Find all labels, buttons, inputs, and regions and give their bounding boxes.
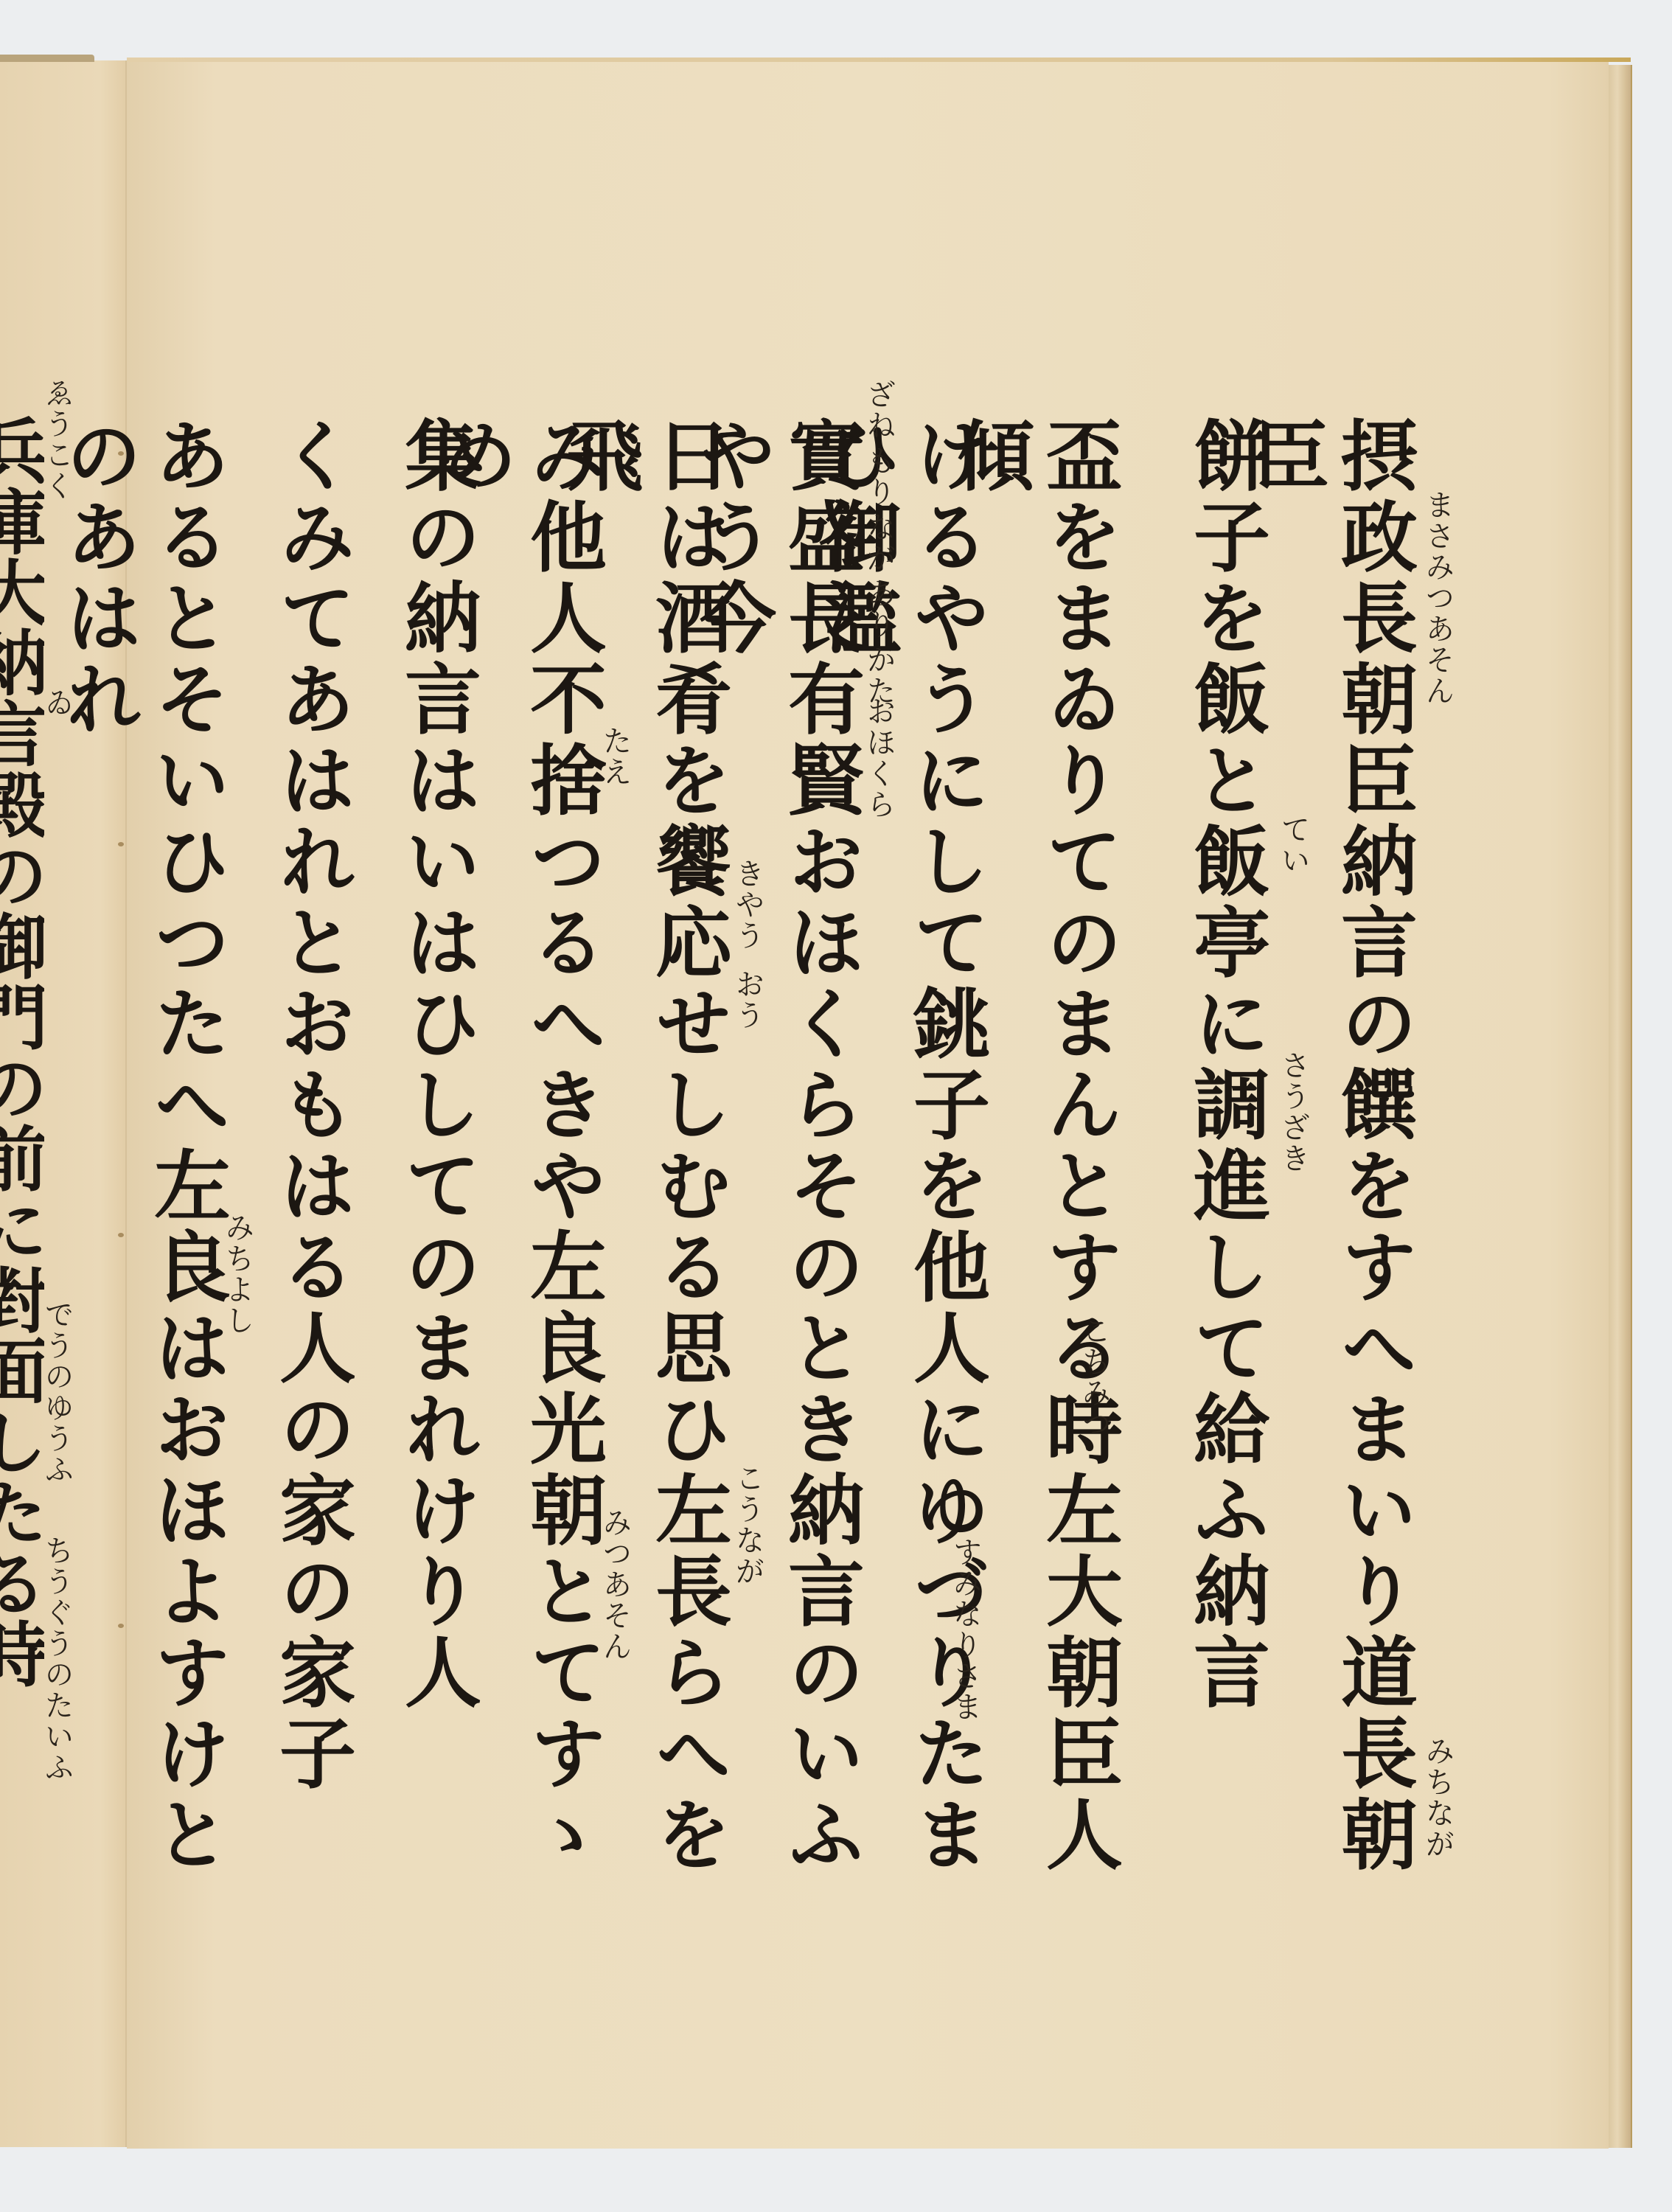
binding-stitch-hole [118, 842, 124, 846]
furigana: てい [1277, 814, 1309, 876]
text-column-7: み他人不捨つるへきや左良光朝とてすゝめ [518, 416, 606, 1927]
furigana: みちなが [1421, 1736, 1454, 1860]
open-book: 兵庫大納言殿の御門の前に對面したる時 ゑうこく ゐ でうのゆうふ ちうぐうのたい… [0, 58, 1633, 2159]
page-stack-edge [1609, 65, 1632, 2148]
text-column-6: 日は酒肴を饗応せしむる思ひ左長らへを飛 [643, 416, 731, 1927]
furigana: まさみつあそん [1421, 490, 1454, 785]
furigana: ざね [863, 379, 895, 441]
furigana: おう [731, 969, 764, 1031]
furigana: なが [863, 512, 895, 574]
furigana: こちみつ [1078, 1315, 1110, 1439]
left-page-column-text: 兵庫大納言殿の御門の前に對面したる時 [0, 414, 44, 1688]
furigana: もり [863, 445, 895, 507]
binding-stitch-hole [118, 1624, 124, 1628]
furigana: すみなりさま [949, 1537, 981, 1832]
furigana: たえ [599, 726, 631, 787]
text-column-3: 盃をまゐりてのまんとする時左大朝臣人傾 [1034, 416, 1122, 1927]
left-page-furigana: ちうぐうのたいふ [41, 1535, 73, 2051]
furigana: きやう [731, 858, 764, 951]
text-column-9: くみてあはれとおもはる人の家の家子 [267, 416, 355, 1927]
furigana: こうなが [731, 1463, 764, 1587]
furigana: みつあそん [599, 1507, 631, 1662]
left-page: 兵庫大納言殿の御門の前に對面したる時 ゑうこく ゐ でうのゆうふ ちうぐうのたい… [0, 60, 127, 2147]
furigana: おほくら [863, 696, 895, 820]
cover-edge [0, 55, 94, 62]
text-column-2: 餅子を飯と飯亭に調進して給ふ納言 [1181, 416, 1269, 1927]
furigana: あり [863, 578, 895, 640]
furigana: さうざき [1277, 1050, 1309, 1174]
binding-stitch-hole [118, 1233, 124, 1237]
furigana: みちよし [221, 1212, 254, 1336]
text-column-5: 實盛長有賢おほくらそのとき納言のいふやう今 [776, 416, 864, 1927]
text-column-8: 集の納言はいはひしてのまれけり人 [392, 416, 481, 1927]
left-page-furigana: でうのゆうふ [41, 1299, 73, 1485]
text-column-1: 摂政長朝臣納言の饌をすへまいり道長朝臣 [1328, 416, 1417, 1927]
text-column-10: あるとそいひつたへ左良はおほよすけとのあはれ [142, 416, 230, 1927]
right-page: 摂政長朝臣納言の饌をすへまいり道長朝臣 まさみつあそん みちなが 餅子を飯と飯亭… [127, 62, 1609, 2149]
